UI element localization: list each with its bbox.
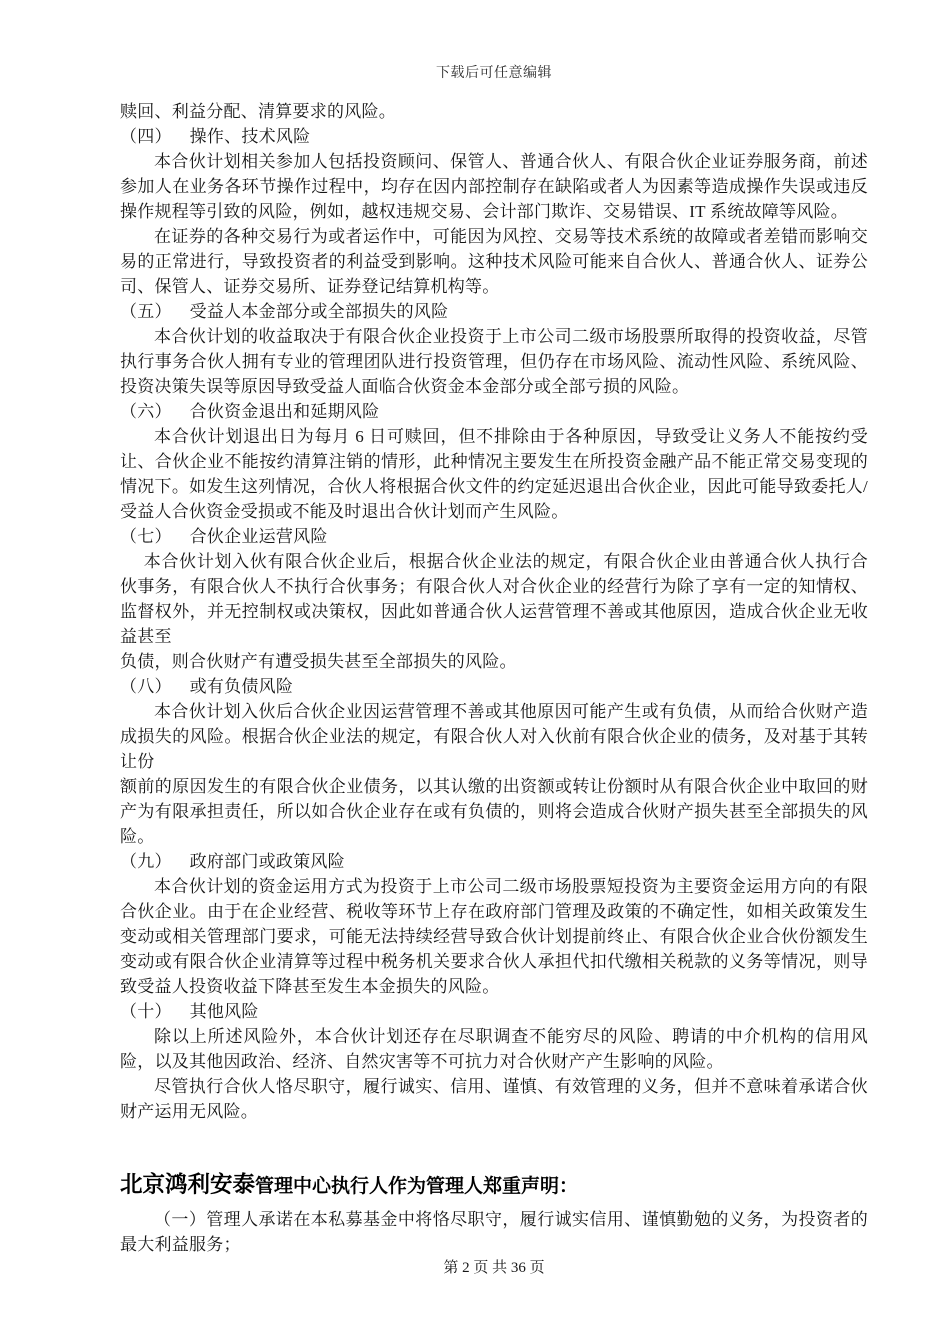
carryover-line: 赎回、利益分配、清算要求的风险。 [120, 99, 868, 124]
risk-sections: 赎回、利益分配、清算要求的风险。（四）操作、技术风险本合伙计划相关参加人包括投资… [120, 99, 868, 1124]
paragraph: 除以上所述风险外，本合伙计划还存在尽职调查不能穷尽的风险、聘请的中介机构的信用风… [120, 1024, 868, 1074]
paragraph: 本合伙计划的收益取决于有限合伙企业投资于上市公司二级市场股票所取得的投资收益，尽… [120, 324, 868, 399]
paragraph: 本合伙计划退出日为每月 6 日可赎回，但不排除由于各种原因，导致受让义务人不能按… [120, 424, 868, 524]
section-item-number: （七） [120, 527, 172, 546]
section-item-number: （六） [120, 402, 172, 421]
section-item-heading: （九）政府部门或政策风险 [120, 849, 868, 874]
page-footer: 第 2 页 共 36 页 [120, 1256, 868, 1277]
declaration-item: （一）管理人承诺在本私募基金中将恪尽职守，履行诚实信用、谨慎勤勉的义务，为投资者… [120, 1207, 868, 1257]
section-item-number: （五） [120, 302, 172, 321]
paragraph: 本合伙计划相关参加人包括投资顾问、保管人、普通合伙人、有限合伙企业证券服务商，前… [120, 149, 868, 224]
section-item-title: 合伙资金退出和延期风险 [190, 402, 380, 421]
section-item-heading: （五）受益人本金部分或全部损失的风险 [120, 299, 868, 324]
declaration-heading: 北京鸿利安泰管理中心执行人作为管理人郑重声明： [120, 1169, 868, 1203]
continuation-line: 负债，则合伙财产有遭受损失甚至全部损失的风险。 [120, 649, 868, 674]
section-item-heading: （四）操作、技术风险 [120, 124, 868, 149]
document-page: 下载后可任意编辑 赎回、利益分配、清算要求的风险。（四）操作、技术风险本合伙计划… [0, 0, 950, 1344]
section-item-number: （四） [120, 127, 172, 146]
paragraph: 本合伙计划的资金运用方式为投资于上市公司二级市场股票短投资为主要资金运用方向的有… [120, 874, 868, 999]
continuation-line: 额前的原因发生的有限合伙企业债务，以其认缴的出资额或转让份额时从有限合伙企业中取… [120, 774, 868, 849]
section-item-heading: （六）合伙资金退出和延期风险 [120, 399, 868, 424]
section-item-heading: （十）其他风险 [120, 999, 868, 1024]
section-item-title: 操作、技术风险 [190, 127, 311, 146]
header-note: 下载后可任意编辑 [120, 62, 868, 82]
paragraph: 本合伙计划入伙有限合伙企业后，根据合伙企业法的规定，有限合伙企业由普通合伙人执行… [120, 549, 868, 649]
document-body: 赎回、利益分配、清算要求的风险。（四）操作、技术风险本合伙计划相关参加人包括投资… [120, 99, 868, 1257]
section-item-title: 其他风险 [190, 1002, 259, 1021]
declaration-statement: 管理中心执行人作为管理人郑重声明： [255, 1176, 578, 1197]
section-item-title: 政府部门或政策风险 [190, 852, 345, 871]
section-item-number: （八） [120, 677, 172, 696]
section-item-title: 受益人本金部分或全部损失的风险 [190, 302, 449, 321]
paragraph: 尽管执行合伙人恪尽职守，履行诚实、信用、谨慎、有效管理的义务，但并不意味着承诺合… [120, 1074, 868, 1124]
section-item-title: 合伙企业运营风险 [190, 527, 328, 546]
declaration-items: （一）管理人承诺在本私募基金中将恪尽职守，履行诚实信用、谨慎勤勉的义务，为投资者… [120, 1207, 868, 1257]
declaration-company-name: 北京鸿利安泰 [120, 1172, 255, 1197]
section-item-heading: （七）合伙企业运营风险 [120, 524, 868, 549]
section-item-number: （九） [120, 852, 172, 871]
section-item-number: （十） [120, 1002, 172, 1021]
paragraph: 本合伙计划入伙后合伙企业因运营管理不善或其他原因可能产生或有负债，从而给合伙财产… [120, 699, 868, 774]
section-item-heading: （八）或有负债风险 [120, 674, 868, 699]
paragraph: 在证券的各种交易行为或者运作中，可能因为风控、交易等技术系统的故障或者差错而影响… [120, 224, 868, 299]
section-item-title: 或有负债风险 [190, 677, 294, 696]
